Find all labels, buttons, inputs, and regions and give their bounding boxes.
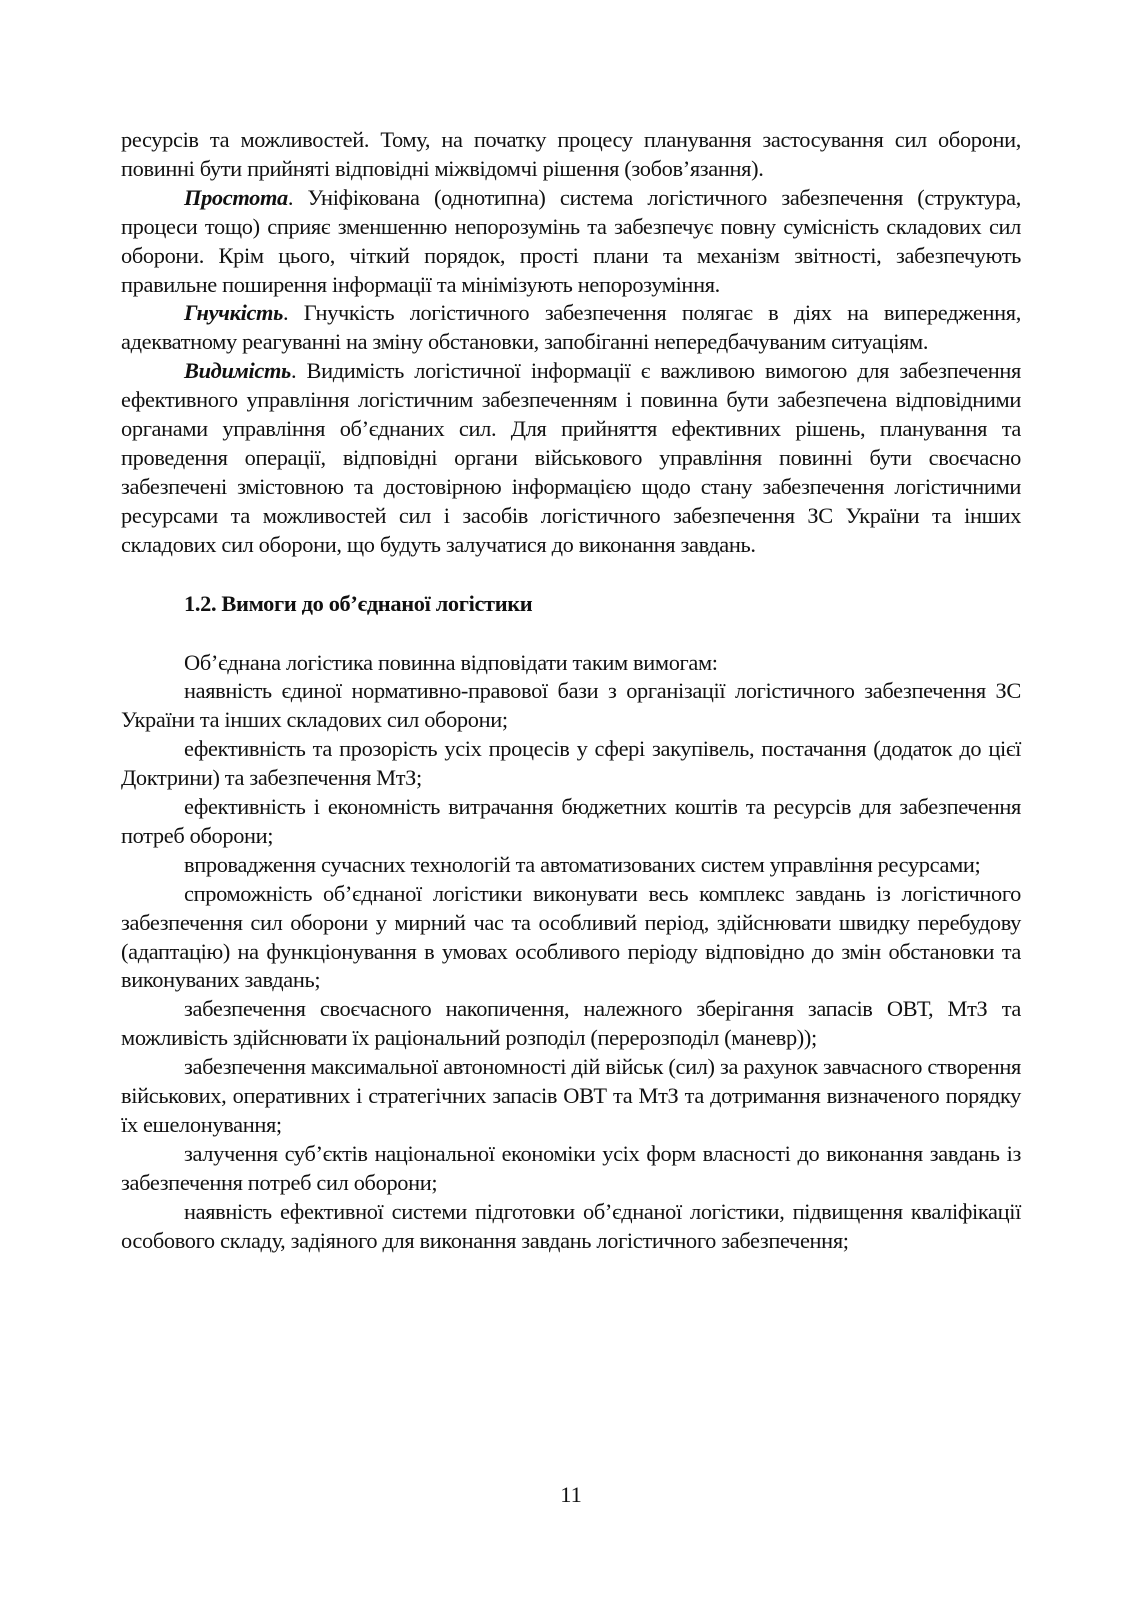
- requirement-item: спроможність об’єднаної логістики викону…: [121, 880, 1021, 996]
- requirement-item: забезпечення своєчасного накопичення, на…: [121, 995, 1021, 1053]
- principle-visibility: Видимість. Видимість логістичної інформа…: [121, 357, 1021, 559]
- principle-text: . Видимість логістичної інформації є важ…: [121, 358, 1021, 556]
- requirement-item: ефективність і економність витрачання бю…: [121, 793, 1021, 851]
- page-number: 11: [0, 1482, 1142, 1508]
- principle-term: Простота: [184, 185, 288, 210]
- principle-term: Гнучкість: [184, 300, 283, 325]
- requirement-item: наявність єдиної нормативно-правової баз…: [121, 677, 1021, 735]
- continuation-paragraph: ресурсів та можливостей. Тому, на початк…: [121, 126, 1021, 184]
- requirement-item: наявність ефективної системи підготовки …: [121, 1198, 1021, 1256]
- principle-term: Видимість: [184, 358, 291, 383]
- principle-flexibility: Гнучкість. Гнучкість логістичного забезп…: [121, 299, 1021, 357]
- requirement-item: ефективність та прозорість усіх процесів…: [121, 735, 1021, 793]
- section-heading: 1.2. Вимоги до об’єднаної логістики: [121, 590, 1021, 619]
- requirement-item: забезпечення максимальної автономності д…: [121, 1053, 1021, 1140]
- requirement-item: залучення суб’єктів національної економі…: [121, 1140, 1021, 1198]
- requirement-item: впровадження сучасних технологій та авто…: [121, 851, 1021, 880]
- principle-simplicity: Простота. Уніфікована (однотипна) систем…: [121, 184, 1021, 300]
- document-page: ресурсів та можливостей. Тому, на початк…: [121, 126, 1021, 1256]
- section-intro: Об’єднана логістика повинна відповідати …: [121, 649, 1021, 678]
